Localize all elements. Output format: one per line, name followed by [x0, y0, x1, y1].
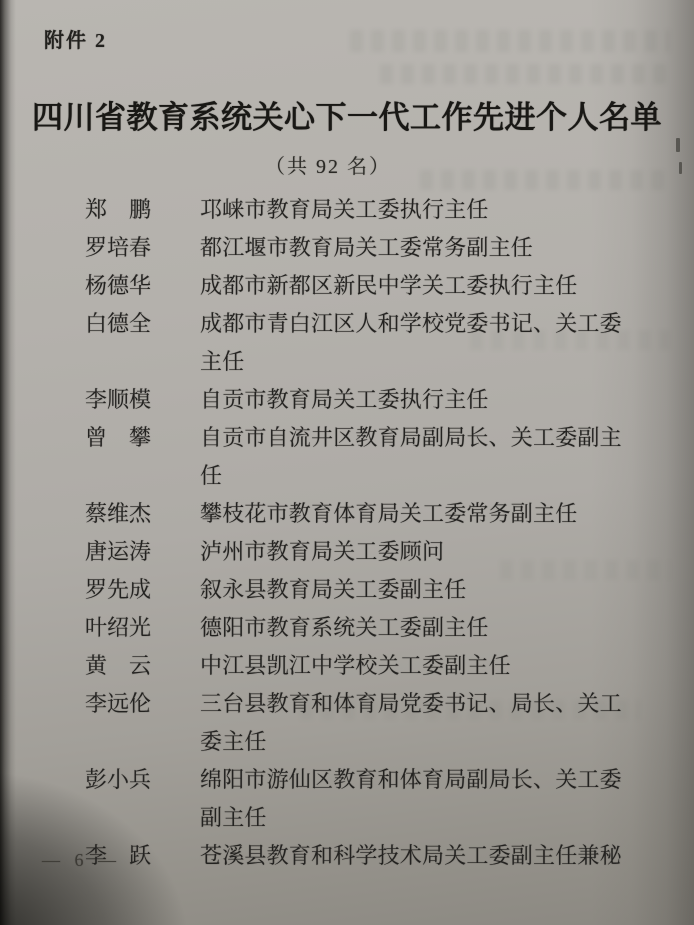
person-name: 彭小兵	[85, 761, 151, 799]
person-position: 叙永县教育局关工委副主任	[200, 571, 641, 609]
bleed-through-smudge	[350, 30, 670, 52]
entries-list: 郑鹏邛崃市教育局关工委执行主任罗培春都江堰市教育局关工委常务副主任杨德华成都市新…	[85, 191, 655, 875]
person-name: 叶绍光	[85, 609, 151, 647]
document-title: 四川省教育系统关心下一代工作先进个人名单	[0, 92, 694, 137]
entry-row: 唐运涛泸州市教育局关工委顾问	[85, 533, 655, 571]
entry-row: 叶绍光德阳市教育系统关工委副主任	[85, 609, 655, 647]
person-name: 罗培春	[85, 229, 151, 267]
person-name: 杨德华	[85, 267, 151, 305]
person-position: 自贡市教育局关工委执行主任	[200, 381, 641, 419]
person-position: 苍溪县教育和科学技术局关工委副主任兼秘	[200, 837, 641, 875]
person-position: 攀枝花市教育体育局关工委常务副主任	[200, 495, 641, 533]
person-position: 成都市青白江区人和学校党委书记、关工委主任	[200, 305, 641, 381]
entry-row: 李跃苍溪县教育和科学技术局关工委副主任兼秘	[85, 837, 655, 875]
person-name: 蔡维杰	[85, 495, 151, 533]
person-position: 邛崃市教育局关工委执行主任	[200, 191, 641, 229]
person-position: 三台县教育和体育局党委书记、局长、关工委主任	[200, 685, 641, 761]
person-position: 绵阳市游仙区教育和体育局副局长、关工委副主任	[200, 761, 641, 837]
entry-row: 罗培春都江堰市教育局关工委常务副主任	[85, 229, 655, 267]
person-name: 罗先成	[85, 571, 151, 609]
person-name: 黄云	[85, 647, 151, 685]
entry-row: 彭小兵绵阳市游仙区教育和体育局副局长、关工委副主任	[85, 761, 655, 837]
entry-row: 白德全成都市青白江区人和学校党委书记、关工委主任	[85, 305, 655, 381]
person-name: 曾攀	[85, 419, 151, 457]
person-position: 自贡市自流井区教育局副局长、关工委副主任	[200, 419, 641, 495]
person-position: 德阳市教育系统关工委副主任	[200, 609, 641, 647]
document-subtitle: （共 92 名）	[0, 150, 656, 179]
page-edge-mark	[679, 162, 682, 174]
person-name: 郑鹏	[85, 191, 151, 229]
page-number: — 6 —	[42, 850, 121, 871]
entry-row: 李顺模自贡市教育局关工委执行主任	[85, 381, 655, 419]
entry-row: 李远伦三台县教育和体育局党委书记、局长、关工委主任	[85, 685, 655, 761]
document-page: 附件 2 四川省教育系统关心下一代工作先进个人名单 （共 92 名） 郑鹏邛崃市…	[0, 0, 694, 925]
person-name: 李远伦	[85, 685, 151, 723]
bleed-through-smudge	[380, 64, 670, 84]
person-name: 李顺模	[85, 381, 151, 419]
person-position: 成都市新都区新民中学关工委执行主任	[200, 267, 641, 305]
entry-row: 蔡维杰攀枝花市教育体育局关工委常务副主任	[85, 495, 655, 533]
page-edge-mark	[676, 138, 680, 152]
person-position: 中江县凯江中学校关工委副主任	[200, 647, 641, 685]
entry-row: 罗先成叙永县教育局关工委副主任	[85, 571, 655, 609]
entry-row: 曾攀自贡市自流井区教育局副局长、关工委副主任	[85, 419, 655, 495]
person-position: 泸州市教育局关工委顾问	[200, 533, 641, 571]
entry-row: 杨德华成都市新都区新民中学关工委执行主任	[85, 267, 655, 305]
entry-row: 郑鹏邛崃市教育局关工委执行主任	[85, 191, 655, 229]
entry-row: 黄云中江县凯江中学校关工委副主任	[85, 647, 655, 685]
attachment-label: 附件 2	[44, 24, 107, 53]
person-position: 都江堰市教育局关工委常务副主任	[200, 229, 641, 267]
person-name: 白德全	[85, 305, 151, 343]
person-name: 唐运涛	[85, 533, 151, 571]
